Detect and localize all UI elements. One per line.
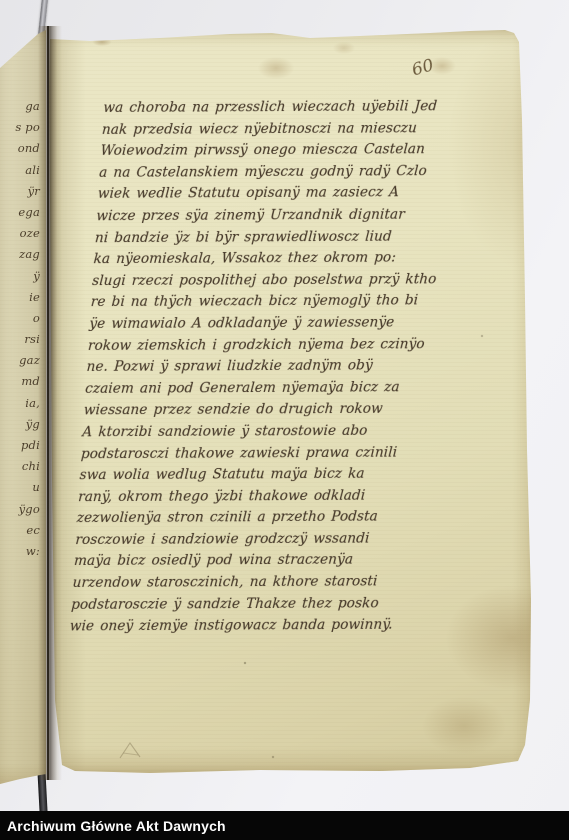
manuscript-line: A ktorzibi sandziowie ÿ starostowie abo xyxy=(82,420,455,444)
pencil-mark xyxy=(118,740,146,762)
text-fragment: ia, xyxy=(2,393,40,414)
book-gutter-shadow xyxy=(38,26,62,780)
folio-number: 60 xyxy=(410,55,436,80)
text-fragment: ali xyxy=(2,160,40,181)
manuscript-line: re bi na thÿch wieczach bicz nÿemoglÿ th… xyxy=(90,290,463,314)
manuscript-line: ranÿ, okrom thego ÿzbi thakowe odkladi xyxy=(77,485,450,509)
manuscript-line: a na Castelanskiem mÿesczu godnÿ radÿ Cz… xyxy=(98,161,471,185)
manuscript-line: podstarosczie ÿ sandzie Thakze thez posk… xyxy=(70,593,443,617)
text-fragment: ÿg xyxy=(2,414,40,435)
text-fragment: ec xyxy=(2,520,40,541)
text-fragment: o xyxy=(2,308,40,329)
manuscript-line: maÿa bicz osiedlÿ pod wina straczenÿa xyxy=(73,550,446,574)
manuscript-line: urzendow starosczinich, na kthore staros… xyxy=(72,571,445,595)
manuscript-line: podstarosczi thakowe zawieski prawa czin… xyxy=(80,442,453,466)
manuscript-line: ne. Pozwi ÿ sprawi liudzkie zadnÿm obÿ xyxy=(86,355,459,379)
manuscript-line: swa wolia wedlug Statutu maÿa bicz ka xyxy=(79,463,452,487)
manuscript-line: wiek wedlie Statutu opisanÿ ma zasiecz A xyxy=(97,182,470,206)
manuscript-line: wiessane przez sendzie do drugich rokow xyxy=(83,398,456,422)
manuscript-line: ni bandzie ÿz bi bÿr sprawiedliwoscz liu… xyxy=(94,226,467,250)
manuscript-page: 60 wa choroba na przesslich wieczach uÿe… xyxy=(44,26,540,778)
text-fragment: rsi xyxy=(2,329,40,350)
text-fragment: ega xyxy=(2,202,40,223)
text-fragment: oze xyxy=(2,223,40,244)
text-fragment: ÿ xyxy=(2,266,40,287)
manuscript-line: slugi rzeczi pospolithej abo poselstwa p… xyxy=(91,269,464,293)
archive-caption-label: Archiwum Główne Akt Dawnych xyxy=(0,818,226,834)
manuscript-line: rokow ziemskich i grodzkich nÿema bez cz… xyxy=(87,334,460,358)
manuscript-line: zezwolienÿa stron czinili a przetho Pods… xyxy=(76,506,449,530)
archive-caption-bar: Archiwum Główne Akt Dawnych xyxy=(0,811,569,840)
manuscript-line: Woiewodzim pirwssÿ onego miescza Castela… xyxy=(100,139,473,163)
manuscript-line: ÿe wimawialo A odkladanÿe ÿ zawiessenÿe xyxy=(89,312,462,336)
text-fragment: chi xyxy=(2,456,40,477)
text-fragment: md xyxy=(2,371,40,392)
text-fragment: pdi xyxy=(2,435,40,456)
manuscript-line: rosczowie i sandziowie grodzczÿ wssandi xyxy=(75,528,448,552)
text-fragment: u xyxy=(2,477,40,498)
manuscript-line: nak przedsia wiecz nÿebitnosczi na miesc… xyxy=(101,118,474,142)
photo-background: gas poondaliÿregaozezagÿieorsigazmdia,ÿg… xyxy=(0,0,569,840)
manuscript-text: wa choroba na przesslich wieczach uÿebil… xyxy=(69,96,476,638)
text-fragment: zag xyxy=(2,244,40,265)
manuscript-line: wicze przes sÿa zinemÿ Urzandnik dignita… xyxy=(96,204,469,228)
manuscript-line: czaiem ani pod Generalem nÿemaÿa bicz za xyxy=(84,377,457,401)
text-fragment: ga xyxy=(2,96,40,117)
manuscript-line: ka nÿeomieskala, Wssakoz thez okrom po: xyxy=(93,247,466,271)
text-fragment: gaz xyxy=(2,350,40,371)
text-fragment: s po xyxy=(2,117,40,138)
text-fragment: ond xyxy=(2,138,40,159)
text-fragment: ie xyxy=(2,287,40,308)
text-fragment: ÿgo xyxy=(2,499,40,520)
manuscript-line: wie oneÿ ziemÿe instigowacz banda powinn… xyxy=(69,614,442,638)
text-fragment: ÿr xyxy=(2,181,40,202)
text-fragment: w: xyxy=(2,541,40,562)
manuscript-line: wa choroba na przesslich wieczach uÿebil… xyxy=(103,96,476,120)
facing-page-text-fragments: gas poondaliÿregaozezagÿieorsigazmdia,ÿg… xyxy=(2,96,40,562)
